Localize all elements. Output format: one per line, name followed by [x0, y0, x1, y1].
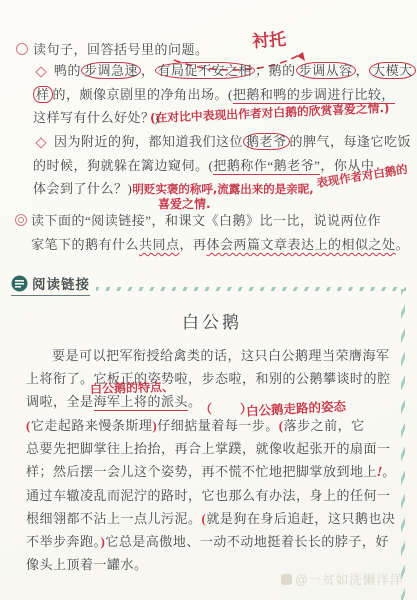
sentence-line: 因为附近的狗，都知道我们这位鹅老爷的脾气，每逢它吃饭 — [37, 132, 411, 151]
passage-line: 总要先把脚掌往上抬抬，再合上掌蹼，就像收起张开的扇面一 — [26, 439, 391, 458]
sentence-text: 这样写有什么好处？) — [33, 110, 159, 125]
watermark-text: @一贫如洗懒洋洋 — [295, 570, 403, 588]
question1-circle-icon — [16, 43, 28, 55]
item-diamond-icon — [35, 137, 46, 148]
sentence-line: 鸭的步调急速，有局促不安之相；鹅的步调从容，大模大 — [37, 61, 416, 80]
annotation-answer-2-below: 喜爱之情. — [158, 195, 211, 212]
question2-line: 家笔下的鹅有什么共同点，再体会两篇文章表达上的相似之处。 — [31, 235, 409, 254]
passage-line: 要是可以把军衔授给禽类的话，这只白公鹅理当荣膺海军 — [52, 346, 390, 365]
sentence-text: 的时候，狗就躲在篱边窥伺。(把鹅称作“鹅老爷”，你从中 — [33, 158, 374, 175]
sentence-text: 因为附近的狗，都知道我们这位鹅老爷的脾气，每逢它吃饭 — [54, 134, 411, 149]
item-diamond-icon — [35, 66, 46, 77]
passage-text: 调啦，全是海军上将的派头。 — [26, 394, 202, 411]
watermark-icon — [281, 574, 292, 585]
passage-line: 上将衔了。它板正的姿势啦，步态啦，和别的公鹅攀谈时的腔 — [26, 369, 391, 388]
watermark: @一贫如洗懒洋洋 — [281, 570, 403, 588]
passage-text: (它走起路来慢条斯理)仔细掂量着每一步。(落步之前，它 — [26, 418, 365, 433]
passage-line: 通过车辙凌乱而泥泞的路时，它也那么有办法，身上的任何一 — [26, 486, 391, 505]
reading-link-label: 阅读链接 — [32, 273, 90, 293]
dashed-border-top — [96, 287, 406, 291]
passage-title: 白公鹅 — [26, 308, 398, 333]
reading-link-icon — [11, 275, 28, 292]
sentence-line: 的时候，狗就躲在篱边窥伺。(把鹅称作“鹅老爷”，你从中 — [33, 156, 374, 175]
sentence-text: 样的，颇像京剧里的净角出场。(把鹅和鸭的步调进行比较， — [33, 87, 395, 102]
sentence-line: 这样写有什么好处？) — [33, 108, 159, 127]
question2-text: 家笔下的鹅有什么共同点，再体会两篇文章表达上的相似之处。 — [31, 237, 409, 252]
textbook-page: 读句子，回答括号里的问题。 衬托 鸭的步调急速，有局促不安之相；鹅的步调从容，大… — [0, 0, 417, 600]
passage-text: 不举步奔跑。)它总是高傲地、一动不动地挺着长长的脖子，好 — [26, 534, 389, 549]
sentence-text: 鸭的步调急速，有局促不安之相；鹅的步调从容，大模大 — [54, 63, 416, 78]
annotation-goose-feature: 白公鹅的特点、 — [90, 378, 174, 397]
passage-text: 样；然后摆一会儿这个姿势，再不慌不忙地把脚掌放到地上!。 — [26, 464, 396, 479]
sentence-text: 体会到了什么？)明贬实褒的称呼,流露出来的是亲昵, — [33, 181, 314, 196]
reading-link-header: 阅读链接 — [11, 273, 90, 296]
question2-line: 读下面的“阅读链接”，和课文《白鹅》比一比，说说两位作 — [31, 211, 381, 230]
question2-double-circle-icon — [15, 214, 27, 226]
passage-line: 像头上顶着一罐水。 — [26, 555, 148, 574]
passage-text: 根细翎都不沾上一点儿污泥。(就是狗在身后追赶，这只鹅也决 — [26, 511, 395, 526]
dashed-border-right — [401, 289, 405, 600]
passage-line: 样；然后摆一会儿这个姿势，再不慌不忙地把脚掌放到地上!。 — [26, 462, 396, 482]
passage-line: 不举步奔跑。)它总是高傲地、一动不动地挺着长长的脖子，好 — [26, 532, 389, 551]
passage-line: 根细翎都不沾上一点儿污泥。(就是狗在身后追赶，这只鹅也决 — [26, 509, 395, 528]
passage-line: (它走起路来慢条斯理)仔细掂量着每一步。(落步之前，它 — [26, 416, 365, 435]
